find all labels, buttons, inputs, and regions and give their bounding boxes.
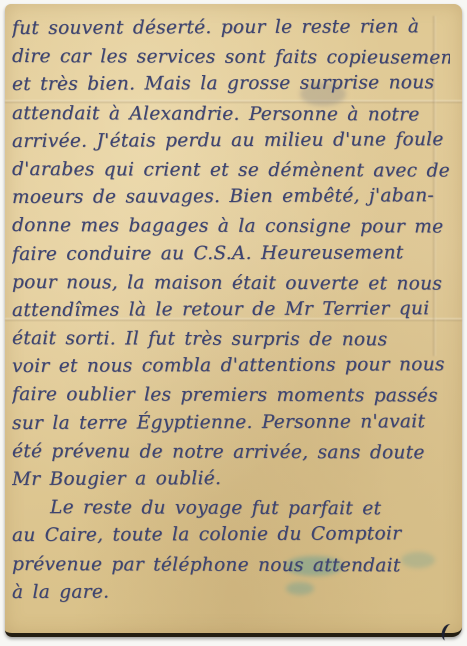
- handwritten-line: au Caire, toute la colonie du Comptoir: [12, 520, 450, 550]
- handwritten-line: arrivée. J'étais perdu au milieu d'une f…: [12, 126, 450, 156]
- handwritten-line: d'arabes qui crient et se démènent avec …: [12, 156, 450, 186]
- handwritten-line: était sorti. Il fut très surpris de nous: [12, 325, 450, 355]
- handwritten-line: à la gare.: [12, 577, 450, 607]
- handwritten-line: sur la terre Égyptienne. Personne n'avai…: [12, 408, 450, 438]
- handwritten-line: attendait à Alexandrie. Personne à notre: [12, 100, 450, 130]
- handwriting-lines: fut souvent déserté. pour le reste rien …: [12, 15, 450, 627]
- handwritten-line: fut souvent déserté. pour le reste rien …: [12, 15, 450, 43]
- handwritten-line: faire oublier les premiers moments passé…: [12, 381, 450, 411]
- handwritten-line: pour nous, la maison était ouverte et no…: [12, 269, 450, 299]
- handwritten-line: attendîmes là le retour de Mr Terrier qu…: [12, 295, 450, 325]
- handwritten-line: Mr Bougier a oublié.: [12, 464, 450, 494]
- handwritten-line: moeurs de sauvages. Bien embêté, j'aban-: [12, 182, 450, 212]
- handwritten-line: faire conduire au C.S.A. Heureusement: [12, 239, 450, 269]
- scan-background: fut souvent déserté. pour le reste rien …: [0, 0, 467, 646]
- handwritten-line: donne mes bagages à la consigne pour me: [12, 212, 450, 242]
- handwritten-line: et très bien. Mais la grosse surprise no…: [12, 69, 450, 99]
- handwritten-line: voir et nous combla d'attentions pour no…: [12, 351, 450, 381]
- handwritten-line: prévenue par téléphone nous attendait: [12, 551, 450, 581]
- handwritten-line: été prévenu de notre arrivée, sans doute: [12, 438, 450, 468]
- letter-page: fut souvent déserté. pour le reste rien …: [5, 4, 462, 637]
